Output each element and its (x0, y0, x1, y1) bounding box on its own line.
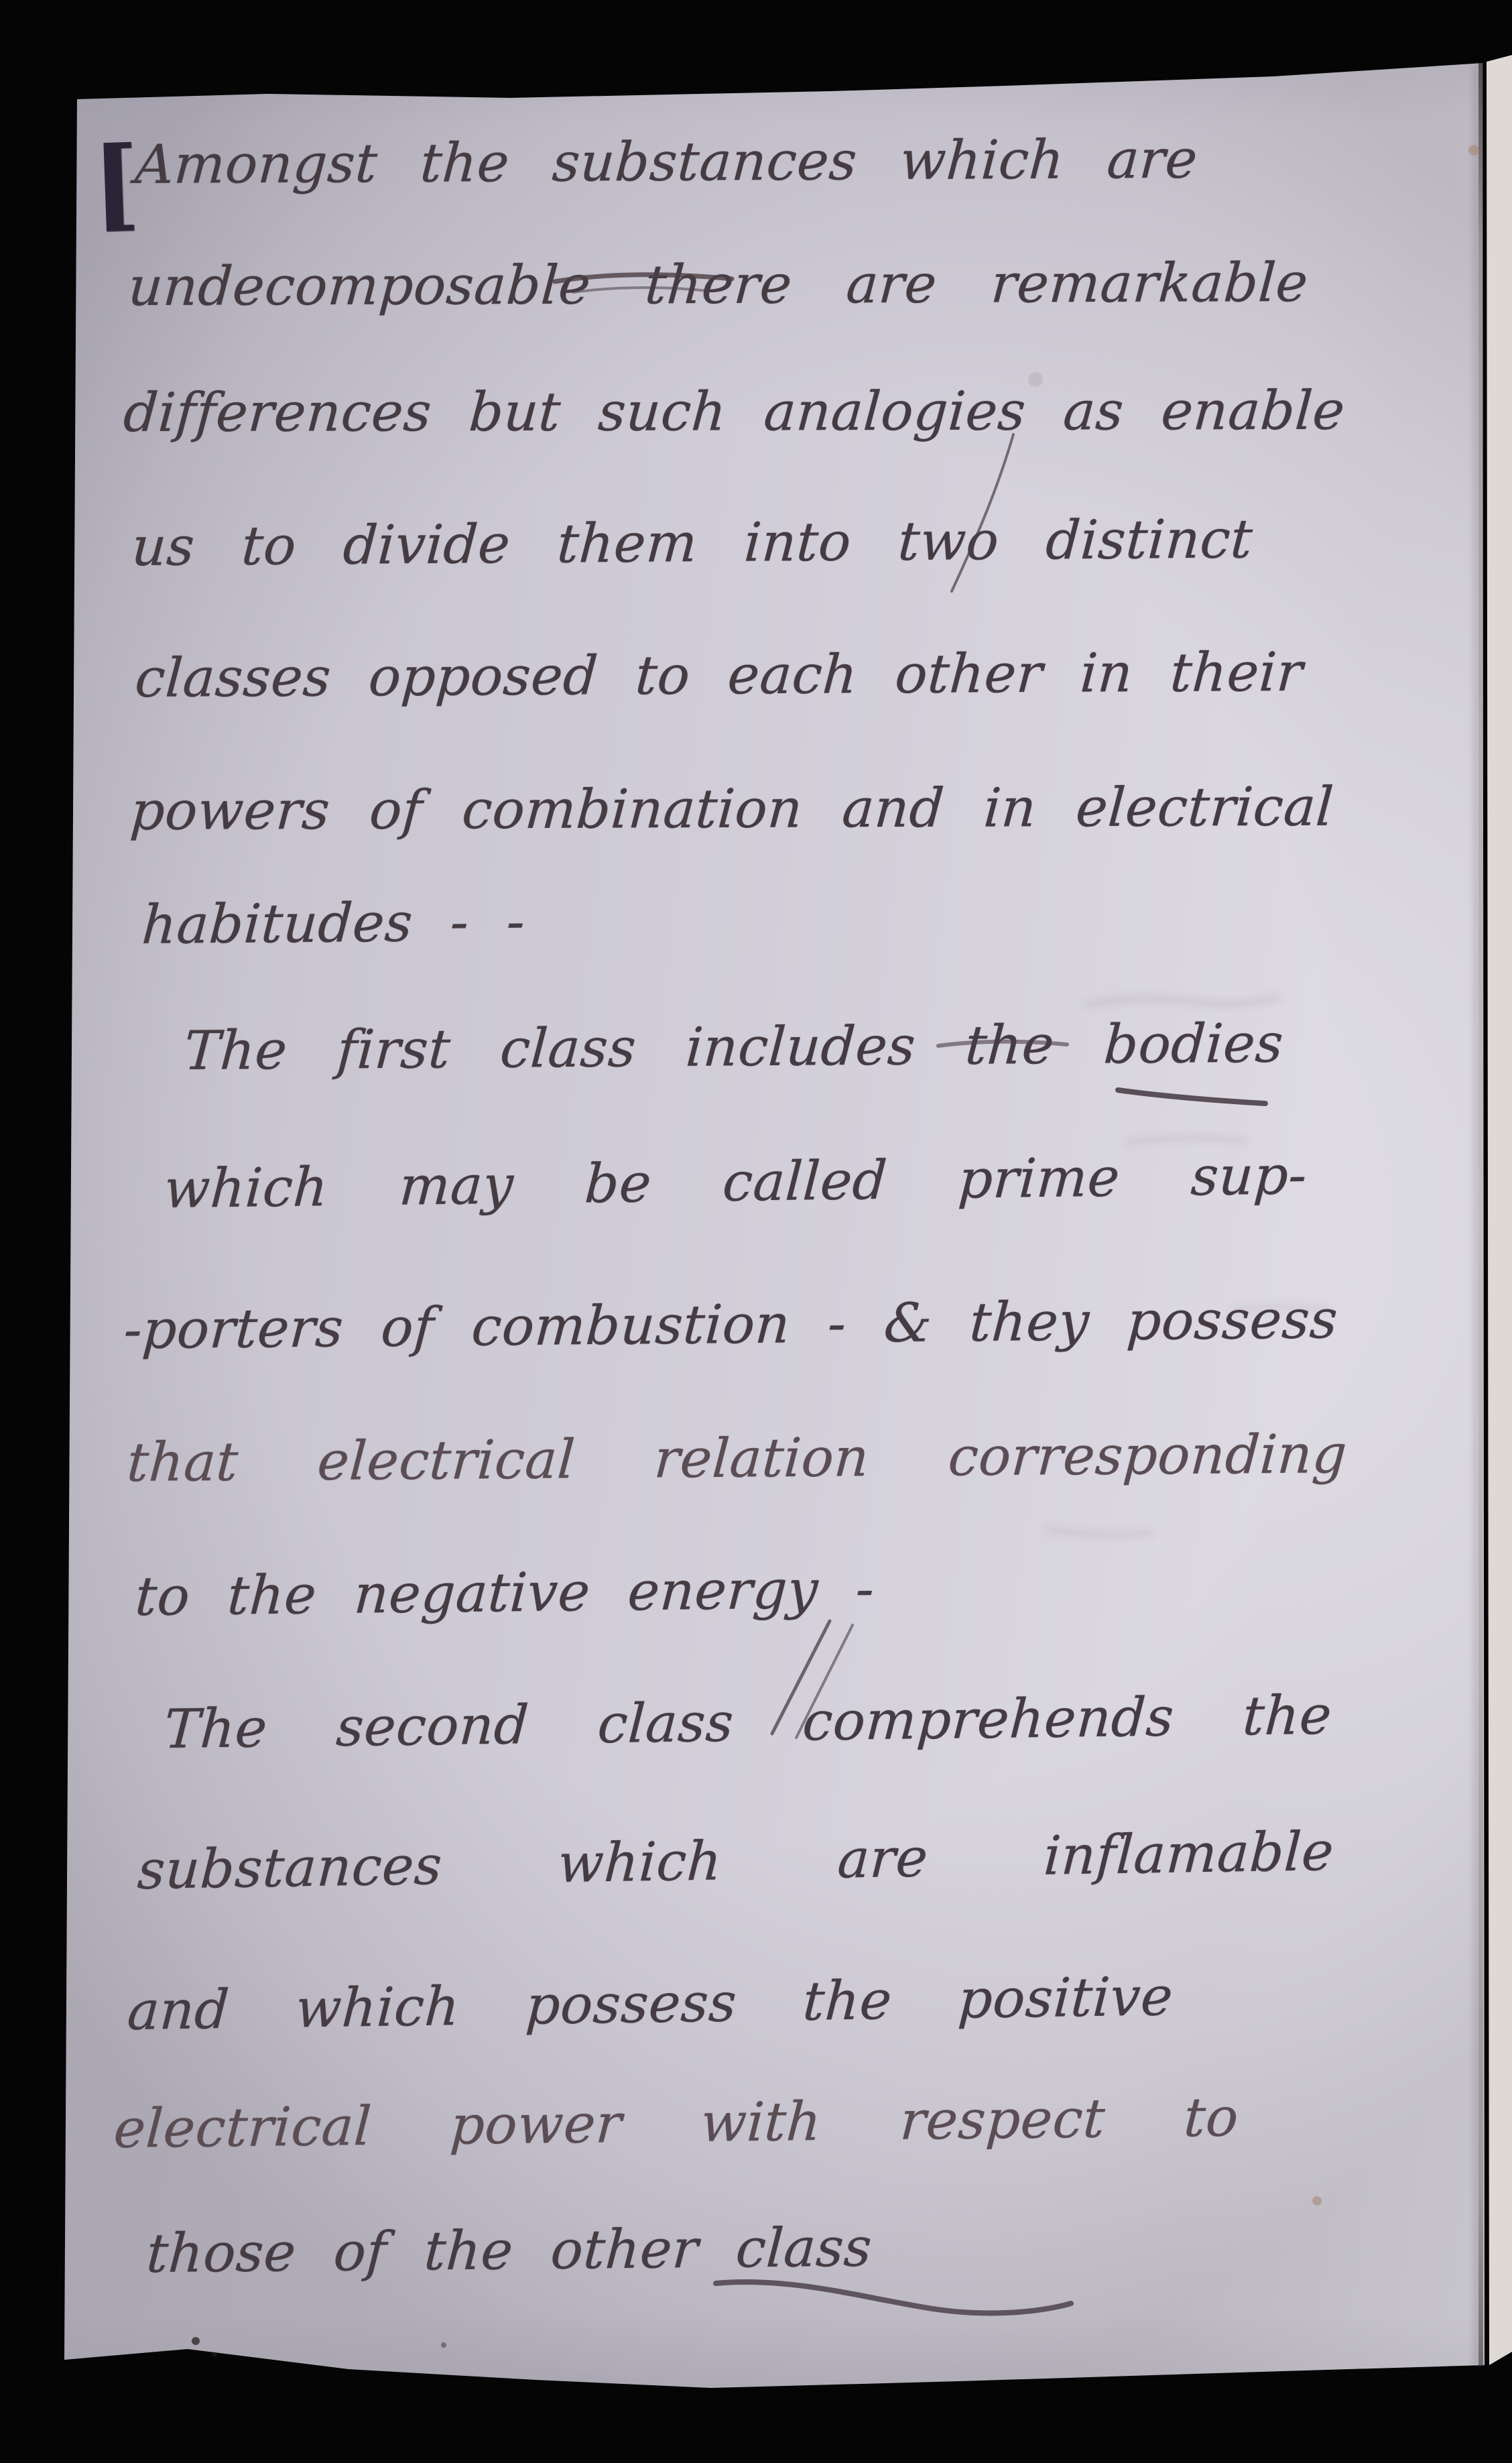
ink-speck-1 (192, 2337, 200, 2345)
energy-descender-1 (772, 1621, 830, 1734)
faint-stain (1028, 372, 1043, 387)
show-through-marks (1046, 996, 1330, 1535)
show-through-4 (1046, 1528, 1153, 1535)
stain-fold-top (1468, 145, 1479, 156)
overwritten-word-stroke (938, 1042, 1067, 1046)
ink-marks-overlay (0, 0, 1512, 2463)
ink-speck-3 (441, 2342, 446, 2348)
energy-descender-2 (796, 1625, 853, 1738)
show-through-1 (1086, 996, 1280, 1006)
bodies-underline (1118, 1090, 1265, 1103)
correction-flourish (952, 434, 1013, 591)
strikethrough-mark (555, 275, 732, 282)
ink-speck-2 (212, 2352, 217, 2357)
strikethrough-mark-2 (573, 288, 709, 292)
stain-bottom-right (1312, 2196, 1322, 2206)
photographed-manuscript: [ Amongst the substances which are undec… (0, 0, 1512, 2463)
show-through-2 (1126, 1138, 1247, 1143)
show-through-3 (1230, 1307, 1330, 1311)
terminal-flourish-dash (716, 2282, 1071, 2313)
